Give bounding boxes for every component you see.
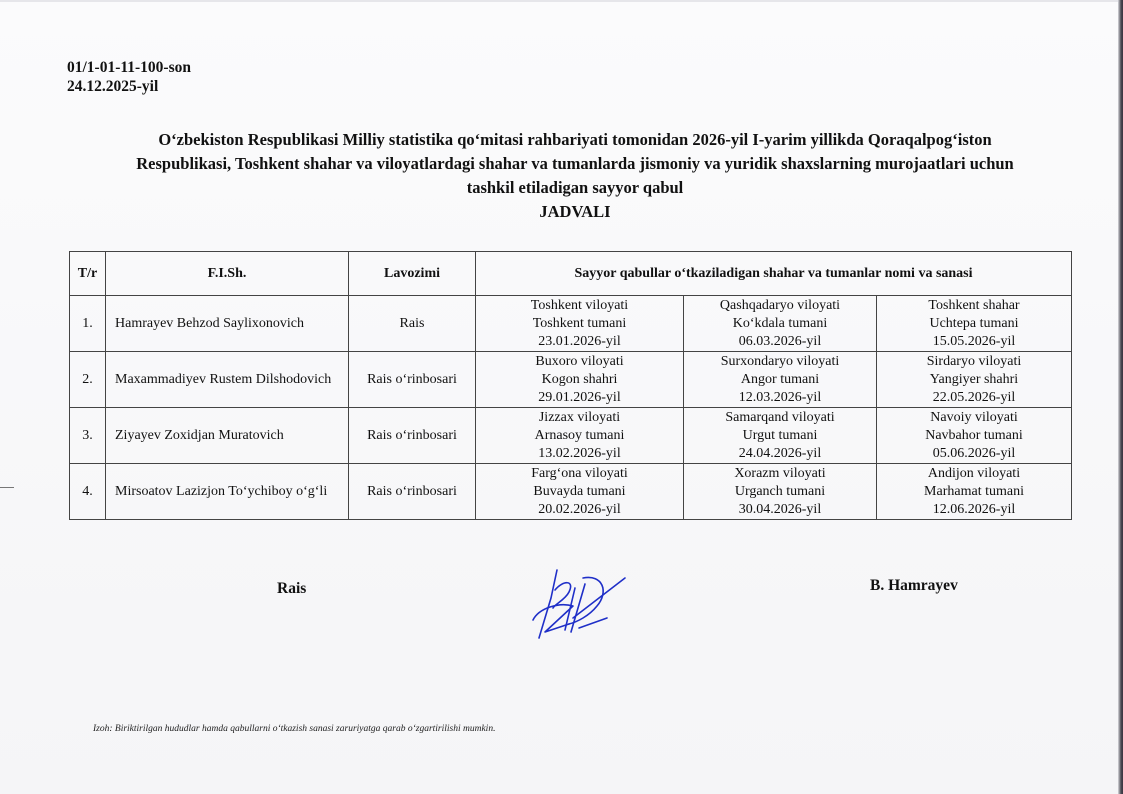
visit-cell: Buxoro viloyatiKogon shahri29.01.2026-yi…: [476, 352, 684, 408]
page-top-edge: [0, 0, 1118, 2]
reference-number: 01/1-01-11-100-son: [67, 58, 191, 77]
person-name: Ziyayev Zoxidjan Muratovich: [106, 408, 349, 464]
visit-date: 30.04.2026-yil: [684, 501, 876, 519]
row-number: 3.: [70, 408, 106, 464]
document-title: O‘zbekiston Respublikasi Milliy statisti…: [120, 128, 1030, 224]
table-row: 3.Ziyayev Zoxidjan MuratovichRais o‘rinb…: [70, 408, 1072, 464]
visit-region: Samarqand viloyati: [684, 409, 876, 427]
visit-region: Jizzax viloyati: [476, 409, 683, 427]
schedule-table: T/r F.I.Sh. Lavozimi Sayyor qabullar o‘t…: [69, 251, 1072, 520]
visit-cell: Navoiy viloyatiNavbahor tumani05.06.2026…: [877, 408, 1072, 464]
table-row: 2.Maxammadiyev Rustem DilshodovichRais o…: [70, 352, 1072, 408]
visit-date: 13.02.2026-yil: [476, 445, 683, 463]
row-number: 2.: [70, 352, 106, 408]
visit-district: Angor tumani: [684, 371, 876, 389]
visit-date: 06.03.2026-yil: [684, 333, 876, 351]
visit-region: Toshkent shahar: [877, 297, 1071, 315]
visit-region: Navoiy viloyati: [877, 409, 1071, 427]
visit-district: Toshkent tumani: [476, 315, 683, 333]
visit-cell: Andijon viloyatiMarhamat tumani12.06.202…: [877, 464, 1072, 520]
table-body: 1.Hamrayev Behzod SaylixonovichRaisToshk…: [70, 296, 1072, 520]
visit-district: Navbahor tumani: [877, 427, 1071, 445]
document-reference: 01/1-01-11-100-son 24.12.2025-yil: [67, 58, 191, 96]
signatory-name: B. Hamrayev: [870, 577, 958, 595]
visit-district: Buvayda tumani: [476, 483, 683, 501]
visit-region: Qashqadaryo viloyati: [684, 297, 876, 315]
person-position: Rais o‘rinbosari: [349, 352, 476, 408]
person-name: Maxammadiyev Rustem Dilshodovich: [106, 352, 349, 408]
visit-cell: Surxondaryo viloyatiAngor tumani12.03.20…: [684, 352, 877, 408]
header-locations: Sayyor qabullar o‘tkaziladigan shahar va…: [476, 252, 1072, 296]
title-text: O‘zbekiston Respublikasi Milliy statisti…: [120, 128, 1030, 200]
visit-cell: Xorazm viloyatiUrganch tumani30.04.2026-…: [684, 464, 877, 520]
handwritten-signature: [525, 568, 635, 643]
reference-date: 24.12.2025-yil: [67, 77, 191, 96]
footnote: Izoh: Biriktirilgan hududlar hamda qabul…: [93, 724, 495, 734]
visit-date: 23.01.2026-yil: [476, 333, 683, 351]
visit-cell: Toshkent viloyatiToshkent tumani23.01.20…: [476, 296, 684, 352]
visit-district: Urgut tumani: [684, 427, 876, 445]
visit-cell: Samarqand viloyatiUrgut tumani24.04.2026…: [684, 408, 877, 464]
visit-district: Yangiyer shahri: [877, 371, 1071, 389]
visit-region: Buxoro viloyati: [476, 353, 683, 371]
visit-district: Urganch tumani: [684, 483, 876, 501]
row-number: 1.: [70, 296, 106, 352]
visit-date: 22.05.2026-yil: [877, 389, 1071, 407]
page-right-edge-shadow: [1118, 0, 1123, 794]
visit-cell: Qashqadaryo viloyatiKo‘kdala tumani06.03…: [684, 296, 877, 352]
header-num: T/r: [70, 252, 106, 296]
signatory-title: Rais: [277, 580, 306, 598]
visit-date: 29.01.2026-yil: [476, 389, 683, 407]
header-position: Lavozimi: [349, 252, 476, 296]
scan-mark: [0, 487, 14, 488]
visit-date: 24.04.2026-yil: [684, 445, 876, 463]
table-header-row: T/r F.I.Sh. Lavozimi Sayyor qabullar o‘t…: [70, 252, 1072, 296]
person-position: Rais o‘rinbosari: [349, 408, 476, 464]
visit-region: Farg‘ona viloyati: [476, 465, 683, 483]
visit-region: Andijon viloyati: [877, 465, 1071, 483]
visit-date: 15.05.2026-yil: [877, 333, 1071, 351]
visit-district: Marhamat tumani: [877, 483, 1071, 501]
title-subtitle: JADVALI: [120, 200, 1030, 224]
visit-date: 12.06.2026-yil: [877, 501, 1071, 519]
visit-region: Toshkent viloyati: [476, 297, 683, 315]
visit-region: Sirdaryo viloyati: [877, 353, 1071, 371]
visit-district: Ko‘kdala tumani: [684, 315, 876, 333]
person-name: Mirsoatov Lazizjon To‘ychiboy o‘g‘li: [106, 464, 349, 520]
visit-region: Surxondaryo viloyati: [684, 353, 876, 371]
visit-date: 20.02.2026-yil: [476, 501, 683, 519]
visit-district: Kogon shahri: [476, 371, 683, 389]
row-number: 4.: [70, 464, 106, 520]
visit-region: Xorazm viloyati: [684, 465, 876, 483]
person-position: Rais: [349, 296, 476, 352]
visit-district: Uchtepa tumani: [877, 315, 1071, 333]
visit-cell: Sirdaryo viloyatiYangiyer shahri22.05.20…: [877, 352, 1072, 408]
visit-cell: Farg‘ona viloyatiBuvayda tumani20.02.202…: [476, 464, 684, 520]
visit-date: 05.06.2026-yil: [877, 445, 1071, 463]
person-position: Rais o‘rinbosari: [349, 464, 476, 520]
visit-cell: Toshkent shaharUchtepa tumani15.05.2026-…: [877, 296, 1072, 352]
visit-cell: Jizzax viloyatiArnasoy tumani13.02.2026-…: [476, 408, 684, 464]
visit-district: Arnasoy tumani: [476, 427, 683, 445]
table-row: 1.Hamrayev Behzod SaylixonovichRaisToshk…: [70, 296, 1072, 352]
header-name: F.I.Sh.: [106, 252, 349, 296]
table-row: 4.Mirsoatov Lazizjon To‘ychiboy o‘g‘liRa…: [70, 464, 1072, 520]
visit-date: 12.03.2026-yil: [684, 389, 876, 407]
person-name: Hamrayev Behzod Saylixonovich: [106, 296, 349, 352]
